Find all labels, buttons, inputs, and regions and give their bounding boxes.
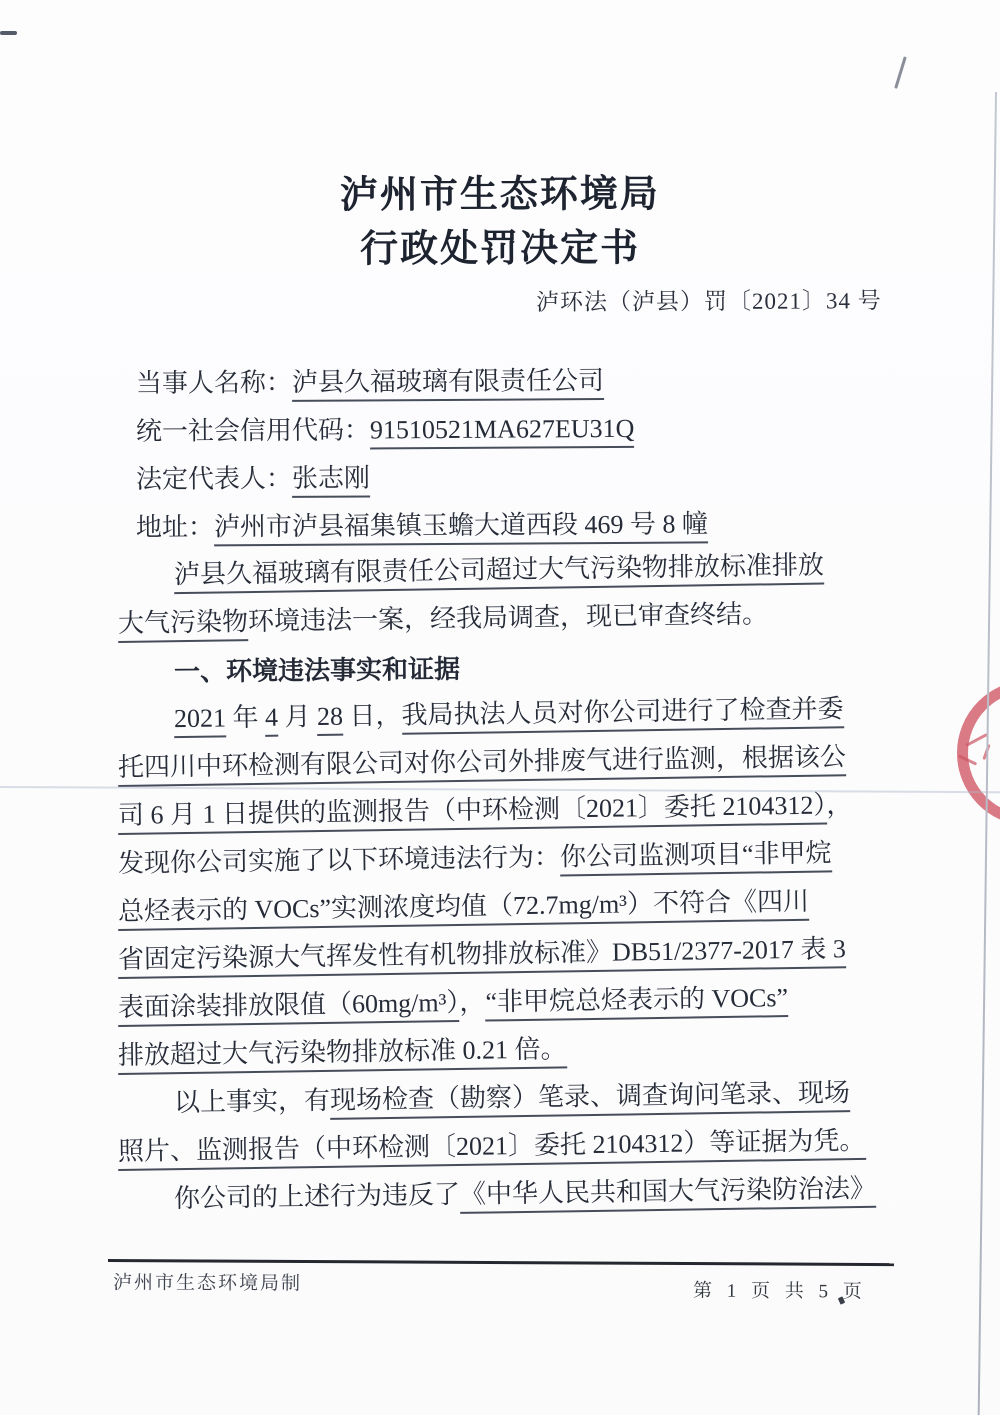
doc-line: 你公司的上述行为违反了《中华人民共和国大气污染防治法》 — [118, 1164, 897, 1224]
underlined-text-segment: 2021 — [174, 703, 226, 738]
underlined-text-segment: 司 6 月 1 日提供的监测报告（中环检测〔2021〕委托 2104312） — [118, 790, 827, 835]
footer-divider-line — [108, 1259, 894, 1266]
doc-line: 大气污染物环境违法一案，经我局调查，现已审查终结。 — [118, 588, 897, 648]
underlined-text-segment: 大气污染物 — [118, 607, 249, 643]
scan-corner-mark — [0, 31, 17, 35]
text-segment: 统一社会信用代码： — [136, 415, 370, 445]
underlined-text-segment: 泸县久福玻璃有限责任公司 — [292, 366, 604, 402]
scanned-document-page: 泸州市生态环境局 行政处罚决定书 泸环法（泸县）罚〔2021〕34 号 当事人名… — [0, 0, 1000, 1415]
seal-ring-icon — [957, 680, 1000, 826]
underlined-text-segment: 照片、监测报告（中环检测〔2021〕委托 2104312）等证据为凭。 — [118, 1126, 866, 1171]
underlined-text-segment: 我局执法人员对你公司进行了检查并委 — [401, 694, 843, 735]
document-title-block: 泸州市生态环境局 行政处罚决定书 — [0, 166, 1000, 277]
underlined-text-segment: 泸州市泸县福集镇玉蟾大道西段 469 号 8 幢 — [214, 509, 708, 546]
document-number: 泸环法（泸县）罚〔2021〕34 号 — [536, 282, 882, 317]
underlined-text-segment: “非甲烷总烃表示的 VOCs” — [485, 983, 788, 1021]
document-type-title: 行政处罚决定书 — [0, 220, 1000, 277]
issuing-authority-title: 泸州市生态环境局 — [0, 166, 1000, 223]
text-segment: 以上事实，有 — [174, 1086, 330, 1117]
text-segment: 日， — [343, 701, 402, 731]
text-segment: 年 — [226, 703, 265, 733]
text-segment: 你公司的上述行为违反了 — [174, 1180, 460, 1213]
text-segment: 环境违法一案，经我局调查，现已审查终结。 — [248, 599, 768, 636]
underlined-text-segment: 《中华人民共和国大气污染防治法》 — [460, 1174, 876, 1214]
doc-line: 当事人名称：泸县久福玻璃有限责任公司 — [118, 355, 896, 408]
text-segment: 一、环境违法事实和证据 — [174, 654, 460, 687]
text-segment: 法定代表人： — [136, 464, 292, 494]
underlined-text-segment: 总烃表示的 VOCs”实测浓度均值（72.7mg/m³）不符合《四川 — [118, 887, 809, 931]
underlined-text-segment: 你公司监测项目“非甲烷 — [560, 838, 832, 876]
underlined-text-segment: 托四川中环检测有限公司对你公司外排废气进行监测，根据该公 — [118, 742, 846, 787]
text-segment: ， — [826, 790, 852, 819]
underlined-text-segment: 91510521MA627EU31Q — [370, 414, 635, 450]
doc-line: 统一社会信用代码：91510521MA627EU31Q — [118, 403, 896, 456]
underlined-text-segment: 现场检查（勘察）笔录、调查询问笔录、现场 — [330, 1078, 850, 1120]
doc-line: 法定代表人：张志刚 — [118, 451, 896, 504]
underlined-text-segment: 4 — [265, 703, 279, 737]
underlined-text-segment: 表面涂装排放限值（60mg/m³） — [118, 988, 460, 1027]
text-segment: ， — [459, 988, 485, 1017]
text-segment: 月 — [278, 702, 317, 732]
text-segment: 当事人名称： — [136, 368, 292, 398]
underlined-text-segment: 排放超过大气污染物排放标准 0.21 倍。 — [118, 1034, 567, 1075]
underlined-text-segment: 28 — [317, 702, 344, 736]
text-segment: 发现你公司实施了以下环境违法行为： — [118, 842, 560, 878]
underlined-text-segment: 省固定污染源大气挥发性有机物排放标准》DB51/2377-2017 表 3 — [118, 934, 846, 979]
pen-slash-mark — [894, 56, 906, 88]
underlined-text-segment: 泸县久福玻璃有限责任公司超过大气污染物排放标准排放 — [174, 551, 824, 595]
footer-issuer-label: 泸州市生态环境局制 — [113, 1268, 302, 1296]
text-segment: 地址： — [136, 512, 214, 541]
underlined-text-segment: 张志刚 — [292, 463, 370, 497]
